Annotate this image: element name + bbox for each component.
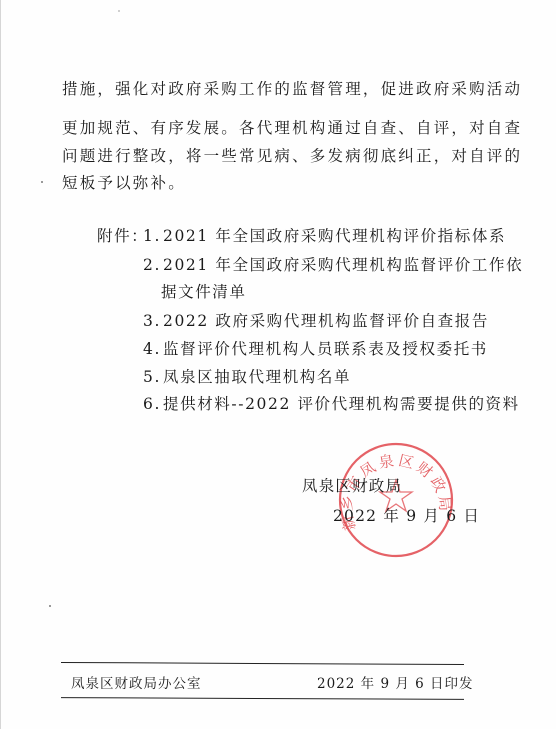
attachment-text: 2022 政府采购代理机构监督评价自查报告 [163,311,489,331]
scan-speck [118,10,120,12]
attachment-number: 1. [143,226,161,246]
attachment-text-continuation: 据文件清单 [161,282,247,302]
footer-issue-date: 2022 年 9 月 6 日印发 [317,675,474,693]
paragraph-line: 措施，强化对政府采购工作的监督管理，促进政府采购活动 [62,79,522,99]
attachment-number: 2. [143,255,161,275]
document-page: 措施，强化对政府采购工作的监督管理，促进政府采购活动 更加规范、有序发展。各代理… [0,0,556,729]
attachment-number: 5. [143,367,161,387]
footer-issuer: 凤泉区财政局办公室 [71,675,202,693]
attachment-text: 凤泉区抽取代理机构名单 [163,367,351,387]
scan-speck [41,181,43,183]
footer-bottom-rule [61,697,464,700]
paragraph-line: 问题进行整改，将一些常见病、多发病彻底纠正，对自评的 [62,146,522,166]
attachment-number: 4. [143,339,161,359]
attachment-text: 2021 年全国政府采购代理机构监督评价工作依 [163,255,523,275]
attachment-text: 监督评价代理机构人员联系表及授权委托书 [163,339,488,359]
attachment-text: 2021 年全国政府采购代理机构评价指标体系 [163,226,506,246]
attachments-label: 附件： [97,226,148,246]
paragraph-line: 短板予以弥补。 [62,173,186,193]
official-seal-icon: 新乡市凤泉区财政局 [336,440,456,560]
paragraph-line: 更加规范、有序发展。各代理机构通过自查、自评，对自查 [62,118,522,138]
attachment-text: 提供材料--2022 评价代理机构需要提供的资料 [163,394,520,414]
signing-date: 2022 年 9 月 6 日 [333,506,480,526]
footer-top-rule [61,662,464,665]
attachment-number: 6. [143,394,161,414]
signing-organization: 凤泉区财政局 [302,476,402,496]
attachment-number: 3. [143,311,161,331]
scan-speck [49,605,51,607]
